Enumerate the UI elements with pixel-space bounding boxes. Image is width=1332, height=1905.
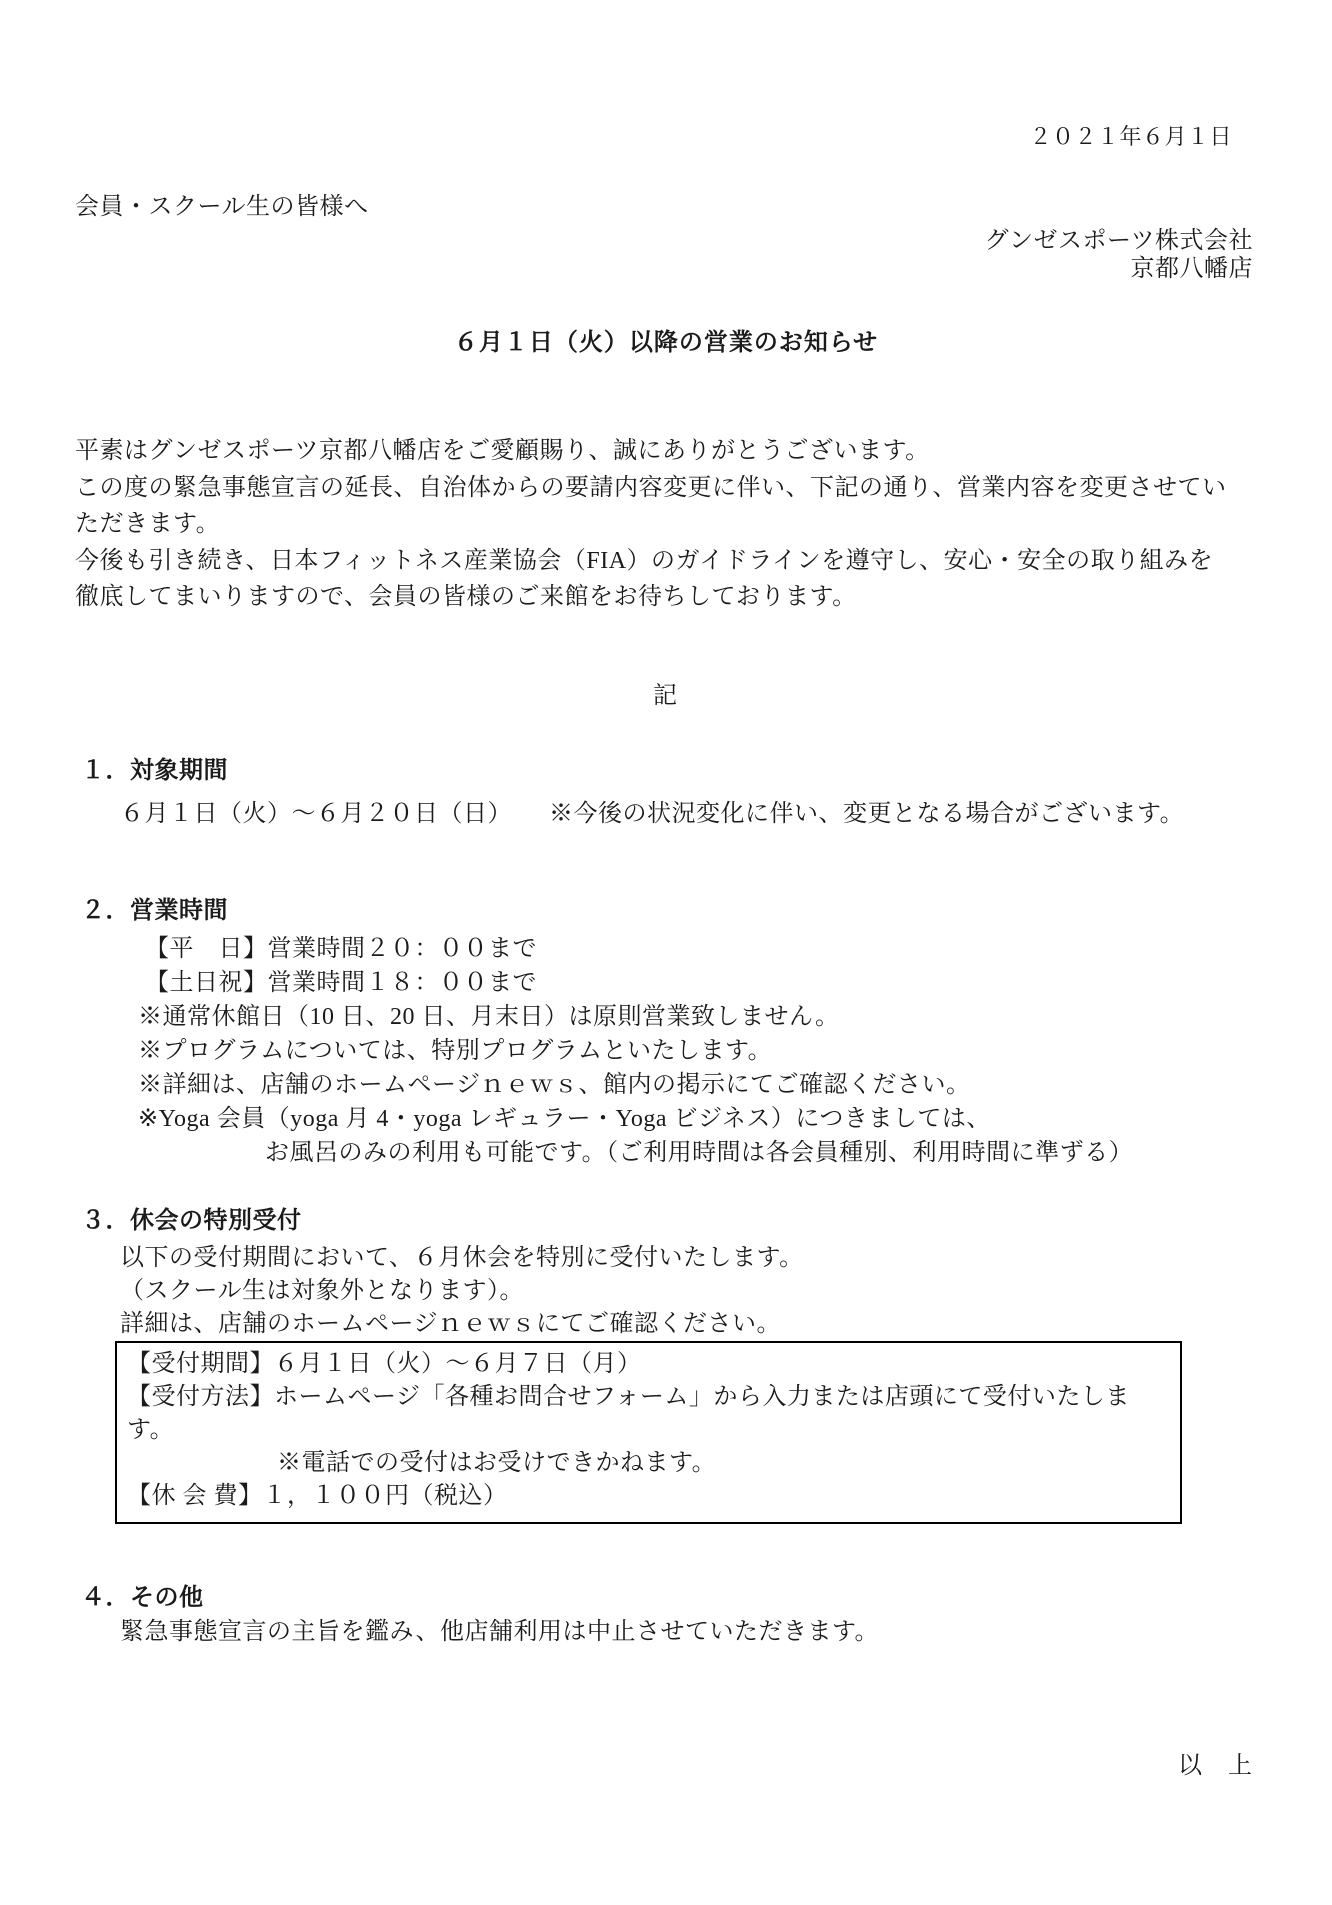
reception-period-line: 【受付期間】６月１日（火）～６月７日（月） — [127, 1348, 1172, 1381]
target-period-line: ６月１日（火）～６月２０日（日） ※今後の状況変化に伴い、変更となる場合がござい… — [75, 799, 1257, 829]
weekend-hours-line: 【土日祝】営業時間１８：００まで — [75, 966, 1257, 1000]
intro-line-1: 平素はグンゼスポーツ京都八幡店をご愛顧賜り、誠にありがとうございます。 — [75, 433, 1257, 470]
section-target-period: １．対象期間 ６月１日（火）～６月２０日（日） ※今後の状況変化に伴い、変更とな… — [75, 757, 1257, 829]
suspension-line-1: 以下の受付期間において、６月休会を特別に受付いたします。 — [75, 1242, 1257, 1275]
intro-paragraph: 平素はグンゼスポーツ京都八幡店をご愛顧賜り、誠にありがとうございます。 この度の… — [75, 433, 1257, 616]
yoga-note-continuation: お風呂のみの利用も可能です。（ご利用時間は各会員種別、利用時間に準ずる） — [75, 1136, 1257, 1170]
yoga-note: ※Yoga 会員（yoga 月 4・yoga レギュラー・Yoga ビジネス）に… — [75, 1102, 1257, 1136]
section-business-hours: ２．営業時間 【平 日】営業時間２０：００まで 【土日祝】営業時間１８：００まで… — [75, 897, 1257, 1170]
reception-info-box: 【受付期間】６月１日（火）～６月７日（月） 【受付方法】ホームページ「各種お問合… — [115, 1341, 1182, 1524]
section-other: ４．その他 緊急事態宣言の主旨を鑑み、他店舗利用は中止させていただきます。 — [75, 1584, 1257, 1647]
document-date: ２０２１年６月１日 — [75, 123, 1257, 151]
section1-heading: １．対象期間 — [75, 757, 1257, 785]
closed-days-note: ※通常休館日（10 日、20 日、月末日）は原則営業致しません。 — [75, 1000, 1257, 1034]
other-line: 緊急事態宣言の主旨を鑑み、他店舗利用は中止させていただきます。 — [75, 1617, 1257, 1647]
reception-method-line: 【受付方法】ホームページ「各種お問合せフォーム」から入力または店頭にて受付いたし… — [127, 1381, 1172, 1447]
suspension-fee-line: 【休 会 費】１，１００円（税込） — [127, 1480, 1172, 1513]
intro-line-5: 徹底してまいりますので、会員の皆様のご来館をお待ちしております。 — [75, 579, 1257, 616]
details-note: ※詳細は、店舗のホームページｎｅｗｓ、館内の掲示にてご確認ください。 — [75, 1068, 1257, 1102]
program-note: ※プログラムについては、特別プログラムといたします。 — [75, 1034, 1257, 1068]
suspension-line-3: 詳細は、店舗のホームページｎｅｗｓにてご確認ください。 — [75, 1308, 1257, 1341]
reception-phone-note: ※電話での受付はお受けできかねます。 — [127, 1447, 1172, 1480]
suspension-line-2: （スクール生は対象外となります）。 — [75, 1275, 1257, 1308]
intro-line-2: この度の緊急事態宣言の延長、自治体からの要請内容変更に伴い、下記の通り、営業内容… — [75, 470, 1257, 507]
document-title: ６月１日（火）以降の営業のお知らせ — [75, 329, 1257, 357]
salutation-line: 会員・スクール生の皆様へ — [75, 193, 1257, 221]
intro-line-3: ただきます。 — [75, 506, 1257, 543]
section-suspension-reception: ３．休会の特別受付 以下の受付期間において、６月休会を特別に受付いたします。 （… — [75, 1207, 1257, 1524]
closing-marker: 以 上 — [75, 1752, 1257, 1780]
section2-heading: ２．営業時間 — [75, 897, 1257, 925]
company-name: グンゼスポーツ株式会社 — [75, 227, 1257, 255]
notice-document-page: ２０２１年６月１日 会員・スクール生の皆様へ グンゼスポーツ株式会社 京都八幡店… — [0, 0, 1332, 1905]
weekday-hours-line: 【平 日】営業時間２０：００まで — [75, 932, 1257, 966]
intro-line-4: 今後も引き続き、日本フィットネス産業協会（FIA）のガイドラインを遵守し、安心・… — [75, 543, 1257, 580]
section4-heading: ４．その他 — [75, 1584, 1257, 1612]
record-marker: 記 — [75, 682, 1257, 710]
section3-heading: ３．休会の特別受付 — [75, 1207, 1257, 1235]
branch-name: 京都八幡店 — [75, 255, 1257, 283]
